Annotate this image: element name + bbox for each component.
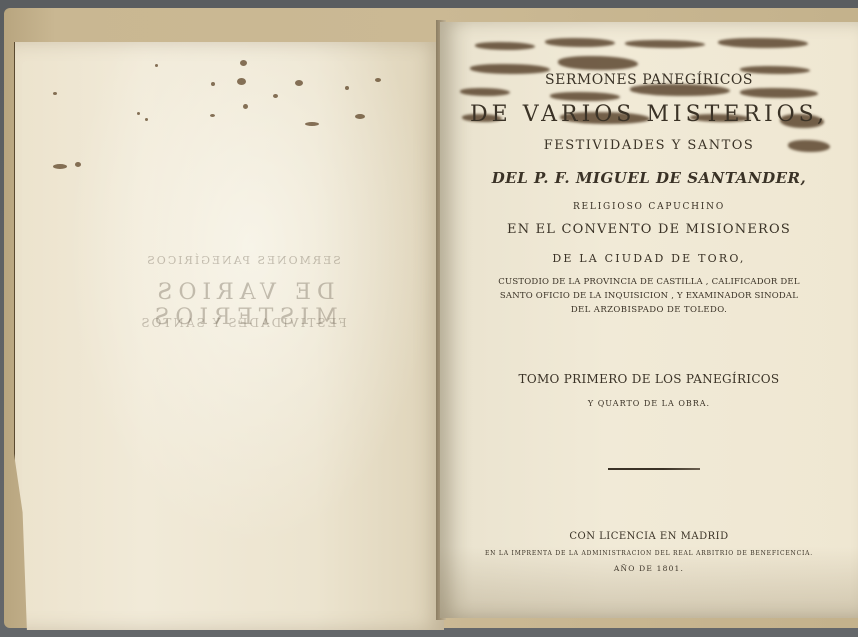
foxing-spot	[305, 122, 319, 126]
foxing-spot	[210, 114, 215, 117]
ink-scribble	[740, 88, 818, 98]
left-page-verso: SERMONES PANEGÍRICOS DE VARIOS MISTERIOS…	[14, 42, 444, 630]
convento-line: EN EL CONVENTO DE MISIONEROS	[440, 222, 858, 237]
year-line: AÑO DE 1801.	[440, 564, 858, 573]
foxing-spot	[240, 60, 247, 66]
title-page: SERMONES PANEGÍRICOS DE VARIOS MISTERIOS…	[440, 22, 858, 618]
author-line: DEL P. F. MIGUEL DE SANTANDER,	[440, 169, 858, 187]
title-line-festividades: FESTIVIDADES Y SANTOS	[440, 138, 858, 153]
title-line-varios-misterios: DE VARIOS MISTERIOS,	[440, 102, 858, 127]
foxing-spot	[237, 78, 246, 85]
ink-scribble	[625, 40, 705, 48]
bleed-through-line-3: FESTIVIDADES Y SANTOS	[93, 316, 393, 330]
custodio-line-3: DEL ARZOBISPADO DE TOLEDO.	[440, 305, 858, 315]
decorative-rule	[608, 468, 700, 470]
foxing-spot	[53, 164, 67, 169]
foxing-spot	[53, 92, 57, 95]
volume-line: TOMO PRIMERO DE LOS PANEGÍRICOS	[440, 372, 858, 386]
ink-scribble	[550, 92, 620, 101]
bleed-through-line-1: SERMONES PANEGÍRICOS	[93, 254, 393, 267]
book-photo: SERMONES PANEGÍRICOS DE VARIOS MISTERIOS…	[0, 0, 858, 637]
foxing-spot	[375, 78, 381, 82]
title-line-sermones: SERMONES PANEGÍRICOS	[440, 72, 858, 88]
foxing-spot	[345, 86, 349, 90]
ink-scribble	[460, 88, 510, 96]
foxing-spot	[243, 104, 248, 109]
ink-scribble	[475, 42, 535, 50]
ciudad-line: DE LA CIUDAD DE TORO,	[440, 252, 858, 265]
foxing-spot	[273, 94, 278, 98]
ink-scribble	[718, 38, 808, 48]
foxing-spot	[145, 118, 148, 121]
foxing-spot	[75, 162, 81, 167]
imprenta-line: EN LA IMPRENTA DE LA ADMINISTRACION DEL …	[440, 550, 858, 557]
licencia-line: CON LICENCIA EN MADRID	[440, 531, 858, 542]
ink-scribble	[545, 38, 615, 47]
ink-scribble	[558, 56, 638, 70]
quarto-line: Y QUARTO DE LA OBRA.	[440, 399, 858, 408]
foxing-spot	[355, 114, 365, 119]
foxing-spot	[155, 64, 158, 67]
foxing-spot	[295, 80, 303, 86]
custodio-line-1: CUSTODIO DE LA PROVINCIA DE CASTILLA , C…	[440, 277, 858, 287]
religioso-line: RELIGIOSO CAPUCHINO	[440, 202, 858, 212]
custodio-line-2: SANTO OFICIO DE LA INQUISICION , Y EXAMI…	[440, 291, 858, 301]
foxing-spot	[137, 112, 140, 115]
foxing-spot	[211, 82, 215, 86]
